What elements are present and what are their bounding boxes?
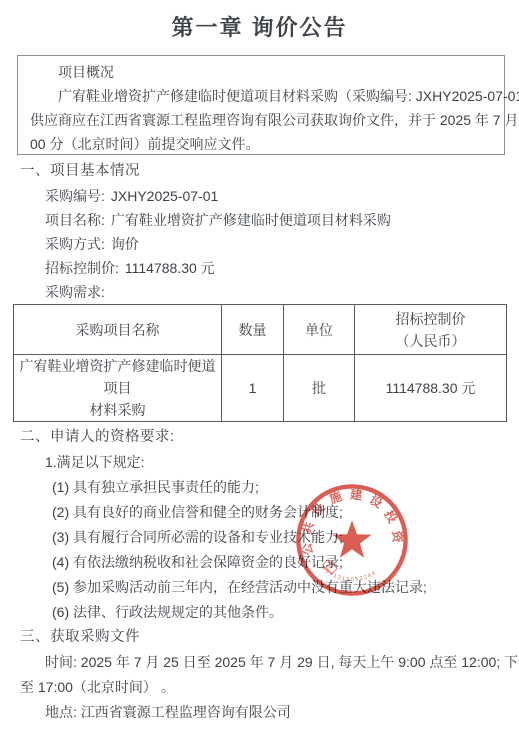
qualification-item-5: (5) 参加采购活动前三年内，在经营活动中没有重大违法记录; [52,575,519,600]
field-control-price: 招标控制价:1114788.30 元 [45,256,519,280]
header-project-name: 采购项目名称 [14,305,222,355]
cell-unit: 批 [284,355,355,422]
field-purchase-demand: 采购需求: [45,280,519,304]
qualification-item-4: (4) 有依法缴纳税收和社会保障资金的良好记录; [52,550,519,575]
overview-heading: 项目概况 [30,60,492,84]
field-label: 采购方式: [45,236,105,252]
obtain-place: 地点: 江西省寰源工程监理咨询有限公司 [45,700,519,725]
qualification-item-2: (2) 具有良好的商业信誉和健全的财务会计制度; [52,500,519,525]
header-control-price: 招标控制价 （人民币） [355,305,507,355]
overview-text-line: 广宥鞋业增资扩产修建临时便道项目材料采购（采购编号: JXHY2025-07-0… [30,84,492,108]
field-value: 询价 [111,236,139,252]
obtain-time-line1: 时间: 2025 年 7 月 25 日至 2025 年 7 月 29 日, 每天… [45,650,519,675]
field-purchase-method: 采购方式:询价 [45,232,519,256]
overview-text-line: 00 分（北京时间）前提交响应文件。 [30,132,492,156]
qualification-intro: 1.满足以下规定: [45,450,519,475]
field-label: 项目名称: [45,212,105,228]
overview-text-line: 供应商应在江西省寰源工程监理咨询有限公司获取询价文件，并于 2025 年 7 月… [30,108,492,132]
section-heading-basic-info: 一、项目基本情况 [20,159,519,184]
cell-project-name-line1: 广宥鞋业增资扩产修建临时便道项目 [18,355,217,399]
field-value: 广宥鞋业增资扩产修建临时便道项目材料采购 [111,212,391,228]
obtain-time-line2: 至 17:00（北京时间） 。 [20,675,519,700]
qualification-item-6: (6) 法律、行政法规规定的其他条件。 [52,600,519,625]
table-header-row: 采购项目名称 数量 单位 招标控制价 （人民币） [14,305,507,355]
field-label: 招标控制价: [45,260,119,276]
field-purchase-number: 采购编号:JXHY2025-07-01 [45,184,519,208]
field-value: 1114788.30 元 [125,260,215,276]
header-price-line2: （人民币） [359,330,502,352]
cell-project-name: 广宥鞋业增资扩产修建临时便道项目 材料采购 [14,355,222,422]
qualification-item-1: (1) 具有独立承担民事责任的能力; [52,475,519,500]
cell-control-price: 1114788.30 元 [355,355,507,422]
demand-table: 采购项目名称 数量 单位 招标控制价 （人民币） 广宥鞋业增资扩产修建临时便道项… [13,304,507,422]
field-value: JXHY2025-07-01 [111,188,218,204]
cell-quantity: 1 [222,355,284,422]
page-title: 第一章 询价公告 [0,13,519,43]
cell-project-name-line2: 材料采购 [18,399,217,421]
field-project-name: 项目名称:广宥鞋业增资扩产修建临时便道项目材料采购 [45,208,519,232]
header-price-line1: 招标控制价 [359,308,502,330]
field-label: 采购编号: [45,188,105,204]
qualification-item-3: (3) 具有履行合同所必需的设备和专业技术能力; [52,525,519,550]
project-overview-box: 项目概况 广宥鞋业增资扩产修建临时便道项目材料采购（采购编号: JXHY2025… [17,55,505,155]
section-heading-qualification: 二、申请人的资格要求: [20,425,519,450]
header-quantity: 数量 [222,305,284,355]
field-label: 采购需求: [45,284,105,300]
header-unit: 单位 [284,305,355,355]
table-row: 广宥鞋业增资扩产修建临时便道项目 材料采购 1 批 1114788.30 元 [14,355,507,422]
section-heading-obtain-documents: 三、获取采购文件 [20,625,519,650]
document-page: 第一章 询价公告 项目概况 广宥鞋业增资扩产修建临时便道项目材料采购（采购编号:… [0,0,519,731]
